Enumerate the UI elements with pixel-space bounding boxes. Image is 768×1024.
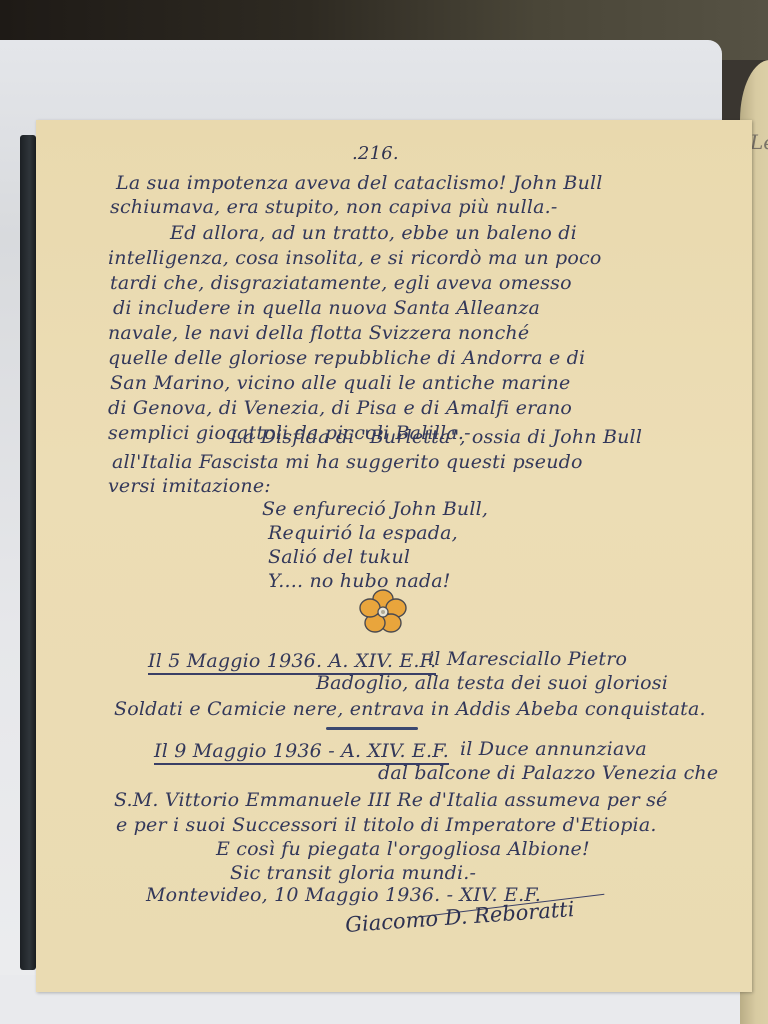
entry-line: e per i suoi Successori il titolo di Imp… xyxy=(116,814,657,836)
entry-line: Sic transit gloria mundi.- xyxy=(230,862,476,884)
section-divider xyxy=(326,727,418,730)
body-line: La sua impotenza aveva del cataclismo! J… xyxy=(116,172,603,194)
verse-line: Requirió la espada, xyxy=(268,522,458,544)
body-line: di Genova, di Venezia, di Pisa e di Amal… xyxy=(108,397,572,419)
body-line: intelligenza, cosa insolita, e si ricord… xyxy=(108,247,601,269)
body-line: San Marino, vicino alle quali le antiche… xyxy=(110,372,570,394)
facing-page-fragment: Le xyxy=(750,130,768,154)
body-line: Ed allora, ad un tratto, ebbe un baleno … xyxy=(170,222,577,244)
entry-line: il Maresciallo Pietro xyxy=(428,648,627,670)
verse-line: Salió del tukul xyxy=(268,546,410,568)
body-line: di includere in quella nuova Santa Allea… xyxy=(113,297,540,319)
book-spine xyxy=(20,135,36,970)
entry-line: Badoglio, alla testa dei suoi gloriosi xyxy=(316,672,668,694)
entry-line: E così fu piegata l'orgogliosa Albione! xyxy=(216,838,590,860)
entry-line: il Duce annunziava xyxy=(460,738,647,760)
body-line: all'Italia Fascista mi ha suggerito ques… xyxy=(112,451,583,473)
entry-line: Soldati e Camicie nere, entrava in Addis… xyxy=(114,698,706,720)
entry-line: S.M. Vittorio Emmanuele III Re d'Italia … xyxy=(114,789,668,811)
body-line: navale, le navi della flotta Svizzera no… xyxy=(108,322,529,344)
flower-ornament-icon xyxy=(358,588,408,634)
page-number: .216. xyxy=(352,143,399,164)
body-line: tardi che, disgraziatamente, egli aveva … xyxy=(110,272,572,294)
body-line: quelle delle gloriose repubbliche di And… xyxy=(108,347,585,369)
body-line: versi imitazione: xyxy=(108,475,271,497)
body-line: schiumava, era stupito, non capiva più n… xyxy=(110,196,558,218)
body-line: La Disfida di "Burletta", ossia di John … xyxy=(230,426,642,448)
entry-line: dal balcone di Palazzo Venezia che xyxy=(378,762,718,784)
verse-line: Se enfureció John Bull, xyxy=(262,498,488,520)
